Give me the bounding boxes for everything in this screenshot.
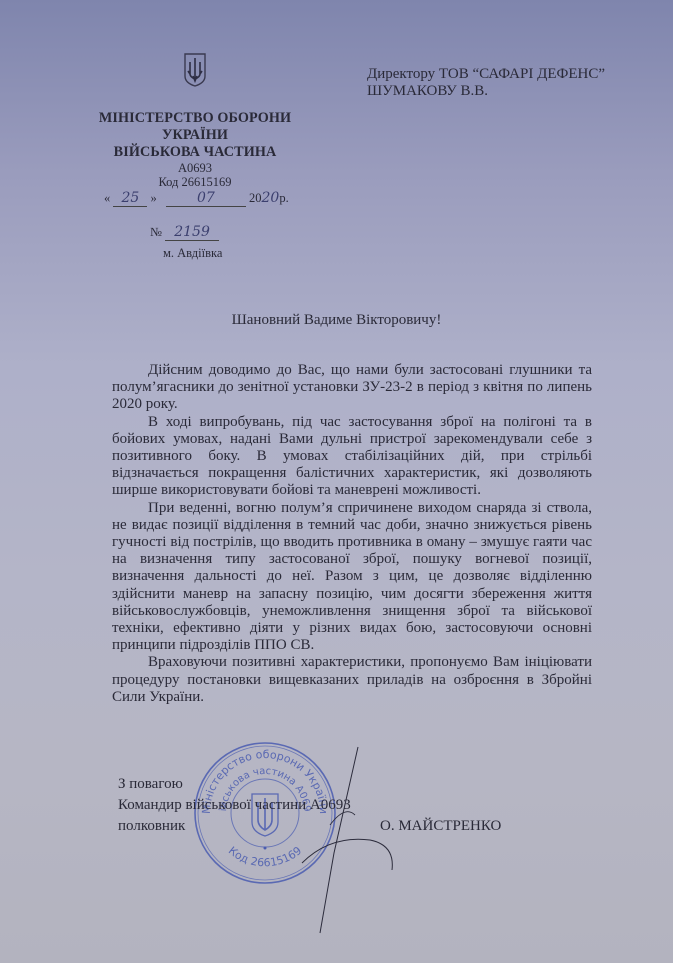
unit-number: А0693 (70, 161, 320, 175)
city: м. Авдіївка (163, 246, 222, 261)
date-year-suffix: 20 (262, 190, 280, 206)
paragraph-2: В ході випробувань, під час застосування… (112, 414, 592, 500)
signer-rank: полковник (118, 818, 185, 835)
date-day: 25 (113, 190, 147, 207)
date-close-quote: » (151, 191, 157, 205)
org-name-line-3: ВІЙСЬКОВА ЧАСТИНА (70, 144, 320, 161)
letter-body: Дійсним доводимо до Вас, що нами були за… (112, 362, 592, 706)
paragraph-3: При веденні, вогню полум’я спричинене ви… (112, 500, 592, 655)
closing: З повагою (118, 776, 183, 793)
number-value: 2159 (165, 224, 219, 241)
paragraph-1: Дійсним доводимо до Вас, що нами були за… (112, 362, 592, 414)
number-label: № (150, 225, 162, 239)
addressee-line-2: ШУМАКОВУ В.В. (367, 83, 605, 100)
letter-date: « 25 » 07 2020р. (104, 190, 289, 207)
handwritten-signature (300, 745, 420, 935)
org-name-line-1: МІНІСТЕРСТВО ОБОРОНИ (70, 110, 320, 127)
letterhead: МІНІСТЕРСТВО ОБОРОНИ УКРАЇНИ ВІЙСЬКОВА Ч… (70, 110, 320, 189)
addressee: Директору ТОВ “САФАРІ ДЕФЕНС” ШУМАКОВУ В… (367, 66, 605, 100)
addressee-line-1: Директору ТОВ “САФАРІ ДЕФЕНС” (367, 66, 605, 83)
letter-number: № 2159 (150, 224, 219, 241)
trident-emblem-icon (183, 52, 207, 88)
date-year-prefix: 20 (249, 191, 262, 205)
date-open-quote: « (104, 191, 110, 205)
date-month: 07 (166, 190, 246, 207)
unit-code: Код 26615169 (70, 175, 320, 189)
salutation: Шановний Вадиме Вікторовичу! (0, 312, 673, 329)
org-name-line-2: УКРАЇНИ (70, 127, 320, 144)
date-year-unit: р. (279, 191, 288, 205)
paragraph-4: Враховуючи позитивні характеристики, про… (112, 654, 592, 706)
